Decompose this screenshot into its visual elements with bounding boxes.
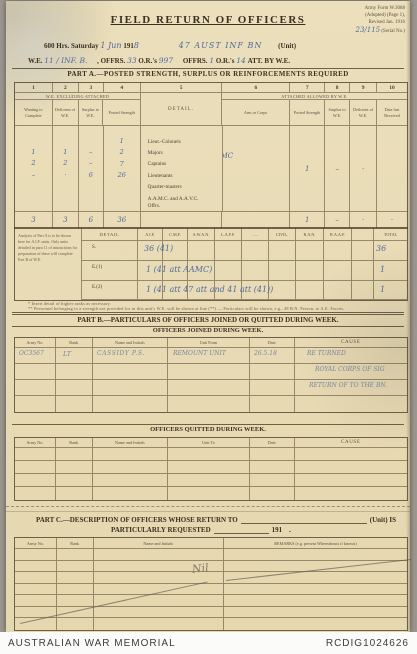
col9-written: · (350, 126, 377, 211)
detail-line: Lieut.-Colonels (148, 137, 208, 148)
cell (94, 595, 224, 606)
arm-or-corps-cell: AAMC (223, 126, 291, 211)
part-c-row (15, 584, 407, 596)
cell (242, 241, 269, 260)
quitted-empty-rows (15, 448, 407, 500)
officers-joined-table: Army No. Rank Name and Initials Unit Fro… (14, 337, 408, 413)
analysis-col-header (352, 228, 374, 240)
cell (168, 448, 250, 460)
col8-written: – (325, 126, 350, 211)
cell (93, 448, 169, 460)
cell (224, 607, 407, 618)
cell (168, 364, 250, 379)
col7-written: 1 (290, 126, 325, 211)
part-c-heading-line2: PARTICULARLY REQUESTED 191 . (111, 526, 331, 534)
written-value: 26 (104, 170, 140, 181)
analysis-row: S. (82, 241, 407, 261)
blank-underline (214, 527, 269, 534)
part-c-header-row: Army No. Rank Name and Initials REMARKS … (15, 538, 407, 549)
cell (94, 618, 224, 630)
ors-label: O.R.'s (138, 57, 157, 65)
analysis-col-header: L.A.F.F. (215, 228, 242, 240)
subheader: Wanting to Complete (15, 100, 53, 125)
detail-line: Majors (148, 148, 208, 159)
subheader: Posted Strength (290, 100, 325, 125)
cell (296, 261, 324, 280)
total-detail-cell (141, 212, 223, 228)
subheader: Posted Strength (103, 100, 140, 125)
joined-col-header: CAUSE (295, 338, 407, 347)
written-value: · (53, 170, 78, 181)
detail-line: Civilians Counting as Offrs. (148, 210, 208, 211)
written-value: 1 (104, 136, 140, 147)
serial-handwritten: 23/115 (356, 26, 381, 34)
year-handwritten: 8 (134, 41, 139, 50)
cell (168, 461, 250, 473)
joined-army-no-written: OC3567 (19, 350, 44, 357)
divider (12, 424, 404, 425)
part-c-row (15, 549, 407, 561)
cell (295, 461, 407, 473)
analysis-side-note: Analysis of Part A is to be shown here f… (15, 228, 82, 300)
cell (374, 261, 407, 280)
col1-written: 1 2 – (15, 126, 53, 211)
written-value: – (79, 147, 103, 158)
arm-or-corps-written: AAMC (223, 152, 234, 160)
written-value: – (79, 158, 103, 169)
total: 3 (15, 212, 53, 228)
analysis-col-header: R.A.A.F. (324, 228, 352, 240)
cell (57, 595, 94, 606)
cell (15, 487, 56, 500)
divider (12, 68, 404, 69)
analysis-col-header: R.A.N. (296, 228, 324, 240)
unit-handwritten: 47 AUST INF BN (179, 41, 263, 50)
analysis-col-header: A.W.A.N. (188, 228, 215, 240)
cell (57, 572, 94, 583)
analysis-col-header: A.I.F. (138, 228, 163, 240)
form-adopted: (Adopted) (Page 1), (356, 13, 406, 20)
quitted-col-header: Unit To (168, 438, 250, 447)
total: – (325, 212, 350, 228)
cell (269, 261, 296, 280)
col-number: 7 (290, 83, 325, 92)
part-c-heading-line1: PART C.—DESCRIPTION OF OFFICERS WHOSE RE… (36, 516, 396, 524)
analysis-written: 36 (41) (144, 244, 173, 253)
cell (224, 595, 407, 606)
cell (15, 584, 57, 595)
cell (15, 572, 57, 583)
cell (295, 396, 407, 412)
cell (295, 448, 407, 460)
torn-edge-2 (6, 511, 410, 512)
cell (15, 396, 56, 412)
written-value: 7 (104, 159, 140, 170)
subheader: Surplus to W.E. (79, 100, 104, 125)
total: 36 (104, 212, 141, 228)
cell (168, 474, 250, 486)
joined-unit-from-written: REMOUNT UNIT (173, 350, 226, 357)
record-id: RCDIG1024626 (326, 638, 409, 649)
cell (56, 474, 93, 486)
part-c-row (15, 595, 407, 607)
cell (15, 549, 57, 560)
col-number: 9 (350, 83, 377, 92)
group-right-label: ATTACHED ALLOWED BY W.E. (222, 93, 407, 100)
serial-label: (Serial No.) (381, 29, 405, 34)
part-b-heading: PART B.—PARTICULARS OF OFFICERS JOINED O… (6, 316, 410, 324)
analysis-grid: DETAIL A.I.F. C.M.F. A.W.A.N. L.A.F.F. .… (82, 228, 407, 300)
cell (57, 584, 94, 595)
written-value: 2 (104, 147, 140, 158)
joined-col-header: Army No. (15, 338, 56, 347)
cell (93, 487, 169, 500)
divider (12, 314, 404, 315)
cell (56, 364, 93, 379)
archive-footer: AUSTRALIAN WAR MEMORIAL RCDIG1024626 (0, 632, 417, 654)
joined-date-written: 26.5.18 (254, 350, 277, 357)
cell (352, 281, 374, 299)
total: 6 (79, 212, 104, 228)
col-number: 5 (141, 83, 223, 92)
we-label: W.E. (28, 57, 43, 65)
total: 3 (53, 212, 79, 228)
archive-name: AUSTRALIAN WAR MEMORIAL (8, 638, 176, 649)
quitted-col-header: Rank (56, 438, 93, 447)
joined-col-header: Rank (56, 338, 93, 347)
cell (296, 241, 324, 260)
analysis-total-written: 1 (380, 265, 385, 274)
cell (168, 380, 250, 395)
analysis-total-written: 1 (380, 285, 385, 294)
scanned-form-page: FIELD RETURN OF OFFICERS Army Form W.308… (6, 1, 410, 632)
ors-handwritten: 997 (159, 56, 173, 65)
quitted-col-header: CAUSE (295, 438, 407, 447)
form-title: FIELD RETURN OF OFFICERS (6, 14, 410, 26)
total-arm-cell (222, 212, 290, 228)
total: 1 (290, 212, 325, 228)
quitted-col-header: Name and Initials (93, 438, 169, 447)
detail-header: DETAIL. (141, 93, 222, 125)
cell (15, 595, 57, 606)
cell (15, 380, 56, 395)
joined-rank-written: LT (63, 350, 71, 358)
cell (250, 448, 295, 460)
cell (374, 281, 407, 299)
cell (56, 348, 93, 363)
part-c-requested-text: PARTICULARLY REQUESTED (111, 526, 211, 534)
cell (188, 241, 215, 260)
cell (56, 396, 93, 412)
joined-cause-written-3: RETURN OF TO THE BN. (309, 382, 387, 389)
joined-name-written: CASSIDY P.S. (97, 350, 145, 357)
col10-cell (377, 126, 407, 211)
form-number: Army Form W.3088 (356, 6, 406, 13)
part-a-totals-row: 3 3 6 36 1 – · · (15, 212, 407, 228)
detail-line: Quarter-masters (148, 182, 208, 193)
footnote-2: ** Personnel belonging to a strength not… (28, 306, 400, 311)
header-rows: W.E. EXCLUDING ATTACHED Wanting to Compl… (15, 93, 407, 126)
divider (12, 312, 404, 313)
analysis-written: 1 (41 att AAMC) (146, 265, 212, 274)
analysis-col-header: TOTAL (374, 228, 407, 240)
cell (250, 461, 295, 473)
joined-col-header: Date (250, 338, 295, 347)
part-c-heading-text: PART C.—DESCRIPTION OF OFFICERS WHOSE RE… (36, 516, 238, 524)
serial-line: 23/115 (Serial No.) (356, 26, 406, 36)
col-number: 4 (104, 83, 141, 92)
date-line: 600 Hrs. Saturday 1 Jun 1918 47 AUST INF… (44, 41, 404, 50)
cell (324, 261, 352, 280)
part-a-body-row: 1 2 – 1 2 · – – 6 1 2 7 26 Lieut.-Colone (15, 126, 407, 212)
written-value: 6 (79, 170, 103, 181)
analysis-row: E.(1) (82, 261, 407, 281)
col-number: 8 (325, 83, 350, 92)
subheader: Deficient of W.E. (350, 100, 377, 125)
cell (93, 380, 169, 395)
detail-line: A.A.M.C. and A.A.V.C. Offrs. (148, 193, 208, 210)
part-c-col-header: Army No. (15, 538, 57, 548)
nil-handwritten: Nil (191, 561, 209, 576)
analysis-table: Analysis of Part A is to be shown here f… (14, 227, 408, 301)
right-subheaders: Arm or Corps Posted Strength Surplus to … (222, 100, 407, 125)
column-number-row: 1 2 3 4 5 6 7 8 9 10 (15, 83, 407, 93)
col-number: 10 (377, 83, 407, 92)
joined-col-header: Unit From (168, 338, 250, 347)
cell (295, 487, 407, 500)
we-line: W.E. 11 / INF. B. , OFFRS. 33 O.R.'s 997… (28, 56, 408, 65)
analysis-row-label: E.(2) (82, 281, 138, 299)
col4-written: 1 2 7 26 (104, 126, 141, 211)
analysis-row-label: S. (82, 241, 138, 260)
ors2-handwritten: 14 (236, 56, 246, 65)
subheader: Date last Received (377, 100, 407, 125)
cell (57, 549, 94, 560)
torn-edge (6, 506, 410, 507)
cell (250, 474, 295, 486)
analysis-detail-header: DETAIL (82, 228, 138, 240)
cell (352, 241, 374, 260)
quitted-row (15, 461, 407, 474)
joined-header-row: Army No. Rank Name and Initials Unit Fro… (15, 338, 407, 348)
cell (295, 474, 407, 486)
cell (215, 241, 242, 260)
ors2-label: O.R.'s (216, 57, 235, 65)
subheader: Arm or Corps (222, 100, 290, 125)
cell (352, 261, 374, 280)
col-number: 2 (53, 83, 79, 92)
part-c-row (15, 607, 407, 619)
cell (215, 261, 242, 280)
cell (168, 396, 250, 412)
joined-cause-written-2: ROYAL CORPS OF SIG (315, 366, 385, 373)
detail-list: Lieut.-Colonels Majors Captains Lieutena… (141, 126, 223, 211)
left-group: W.E. EXCLUDING ATTACHED Wanting to Compl… (15, 93, 141, 125)
cell (15, 561, 57, 572)
cell (93, 461, 169, 473)
time-prefix: 600 Hrs. Saturday (44, 42, 99, 50)
cell (250, 487, 295, 500)
part-c-table: Army No. Rank Name and Initials REMARKS … (14, 537, 408, 631)
part-c-year: 191 . (272, 526, 291, 534)
right-group: ATTACHED ALLOWED BY W.E. Arm or Corps Po… (222, 93, 407, 125)
part-a-heading: PART A.—POSTED STRENGTH, SURPLUS OR REIN… (6, 70, 410, 78)
quitted-row (15, 487, 407, 500)
analysis-col-header: CIVIL. (269, 228, 296, 240)
part-c-empty-rows (15, 549, 407, 630)
form-reference-block: Army Form W.3088 (Adopted) (Page 1), Rev… (356, 6, 406, 36)
cell (56, 380, 93, 395)
quitted-col-header: Date (250, 438, 295, 447)
cell (93, 474, 169, 486)
form-revision: Revised Jan. 1916 (356, 20, 406, 27)
written-value: – (15, 170, 52, 181)
part-c-col-header: REMARKS (e.g. present Whereabouts if kno… (224, 538, 407, 548)
offrs2-label: OFFRS. (183, 57, 208, 65)
part-c-row (15, 572, 407, 584)
date-handwritten: 1 Jun (100, 41, 121, 50)
group-left-label: W.E. EXCLUDING ATTACHED (15, 93, 140, 100)
written-value: 1 (53, 147, 78, 158)
analysis-col-header: C.M.F. (163, 228, 188, 240)
analysis-row-label: E.(1) (82, 261, 138, 280)
written-value: 1 (15, 147, 52, 158)
quitted-col-header: Army No. (15, 438, 56, 447)
subheader: Surplus to W.E. (325, 100, 350, 125)
cell (57, 561, 94, 572)
offrs-handwritten: 33 (127, 56, 137, 65)
cell (15, 474, 56, 486)
cell (242, 261, 269, 280)
cell (250, 380, 295, 395)
cell (15, 448, 56, 460)
we-handwritten: 11 / INF. B. (44, 56, 87, 65)
cell (56, 461, 93, 473)
blank-underline (241, 517, 367, 524)
detail-line: Captains (148, 159, 208, 170)
cell (94, 607, 224, 618)
total: · (377, 212, 407, 228)
year-printed: 191 (123, 42, 134, 50)
analysis-header-row: DETAIL A.I.F. C.M.F. A.W.A.N. L.A.F.F. .… (82, 228, 407, 241)
cell (93, 364, 169, 379)
cell (324, 281, 352, 299)
cell (269, 241, 296, 260)
quitted-row (15, 474, 407, 487)
cell (224, 584, 407, 595)
col3-written: – – 6 (79, 126, 104, 211)
officers-quitted-table: Army No. Rank Name and Initials Unit To … (14, 437, 408, 501)
cell (93, 396, 169, 412)
quitted-row (15, 448, 407, 461)
cell (250, 364, 295, 379)
unit-label: (Unit) (278, 42, 296, 50)
analysis-total-written: 36 (376, 244, 386, 253)
joined-cause-written: RE TURNED (307, 350, 346, 357)
cell (57, 618, 94, 630)
col-number: 3 (79, 83, 104, 92)
left-subheaders: Wanting to Complete Deficient of W.E. Su… (15, 100, 140, 125)
cell (15, 364, 56, 379)
offrs-label: , OFFRS. (97, 57, 125, 65)
joined-col-header: Name and Initials (93, 338, 169, 347)
written-value: 2 (53, 158, 78, 169)
cell (224, 618, 407, 630)
cell (250, 396, 295, 412)
cell (324, 241, 352, 260)
part-c-col-header: Name and Initials (94, 538, 224, 548)
offrs2-handwritten: 1 (209, 56, 214, 65)
part-a-table: 1 2 3 4 5 6 7 8 9 10 W.E. EXCLUDING ATTA… (14, 82, 408, 229)
cell (296, 281, 324, 299)
written-value: 2 (15, 158, 52, 169)
cell (56, 448, 93, 460)
col-number: 6 (222, 83, 290, 92)
analysis-col-header: ...... (242, 228, 269, 240)
joined-title: OFFICERS JOINED DURING WEEK. (6, 327, 410, 334)
joined-empty-rows (15, 348, 407, 412)
total: · (350, 212, 377, 228)
att-label: ATT. BY W.E. (248, 57, 290, 65)
joined-row (15, 396, 407, 412)
detail-line: Lieutenants (148, 171, 208, 182)
cell (94, 549, 224, 560)
analysis-written: 1 (41 att 47 att and 41 att (41)) (146, 285, 273, 294)
cell (15, 461, 56, 473)
subheader: Deficient of W.E. (53, 100, 79, 125)
part-c-unit-label: (Unit) IS (370, 516, 396, 524)
col-number: 1 (15, 83, 53, 92)
cell (224, 549, 407, 560)
cell (56, 487, 93, 500)
cell (168, 487, 250, 500)
col2-written: 1 2 · (53, 126, 79, 211)
part-c-row (15, 618, 407, 630)
quitted-header-row: Army No. Rank Name and Initials Unit To … (15, 438, 407, 448)
part-c-col-header: Rank (57, 538, 94, 548)
quitted-title: OFFICERS QUITTED DURING WEEK. (6, 426, 410, 433)
